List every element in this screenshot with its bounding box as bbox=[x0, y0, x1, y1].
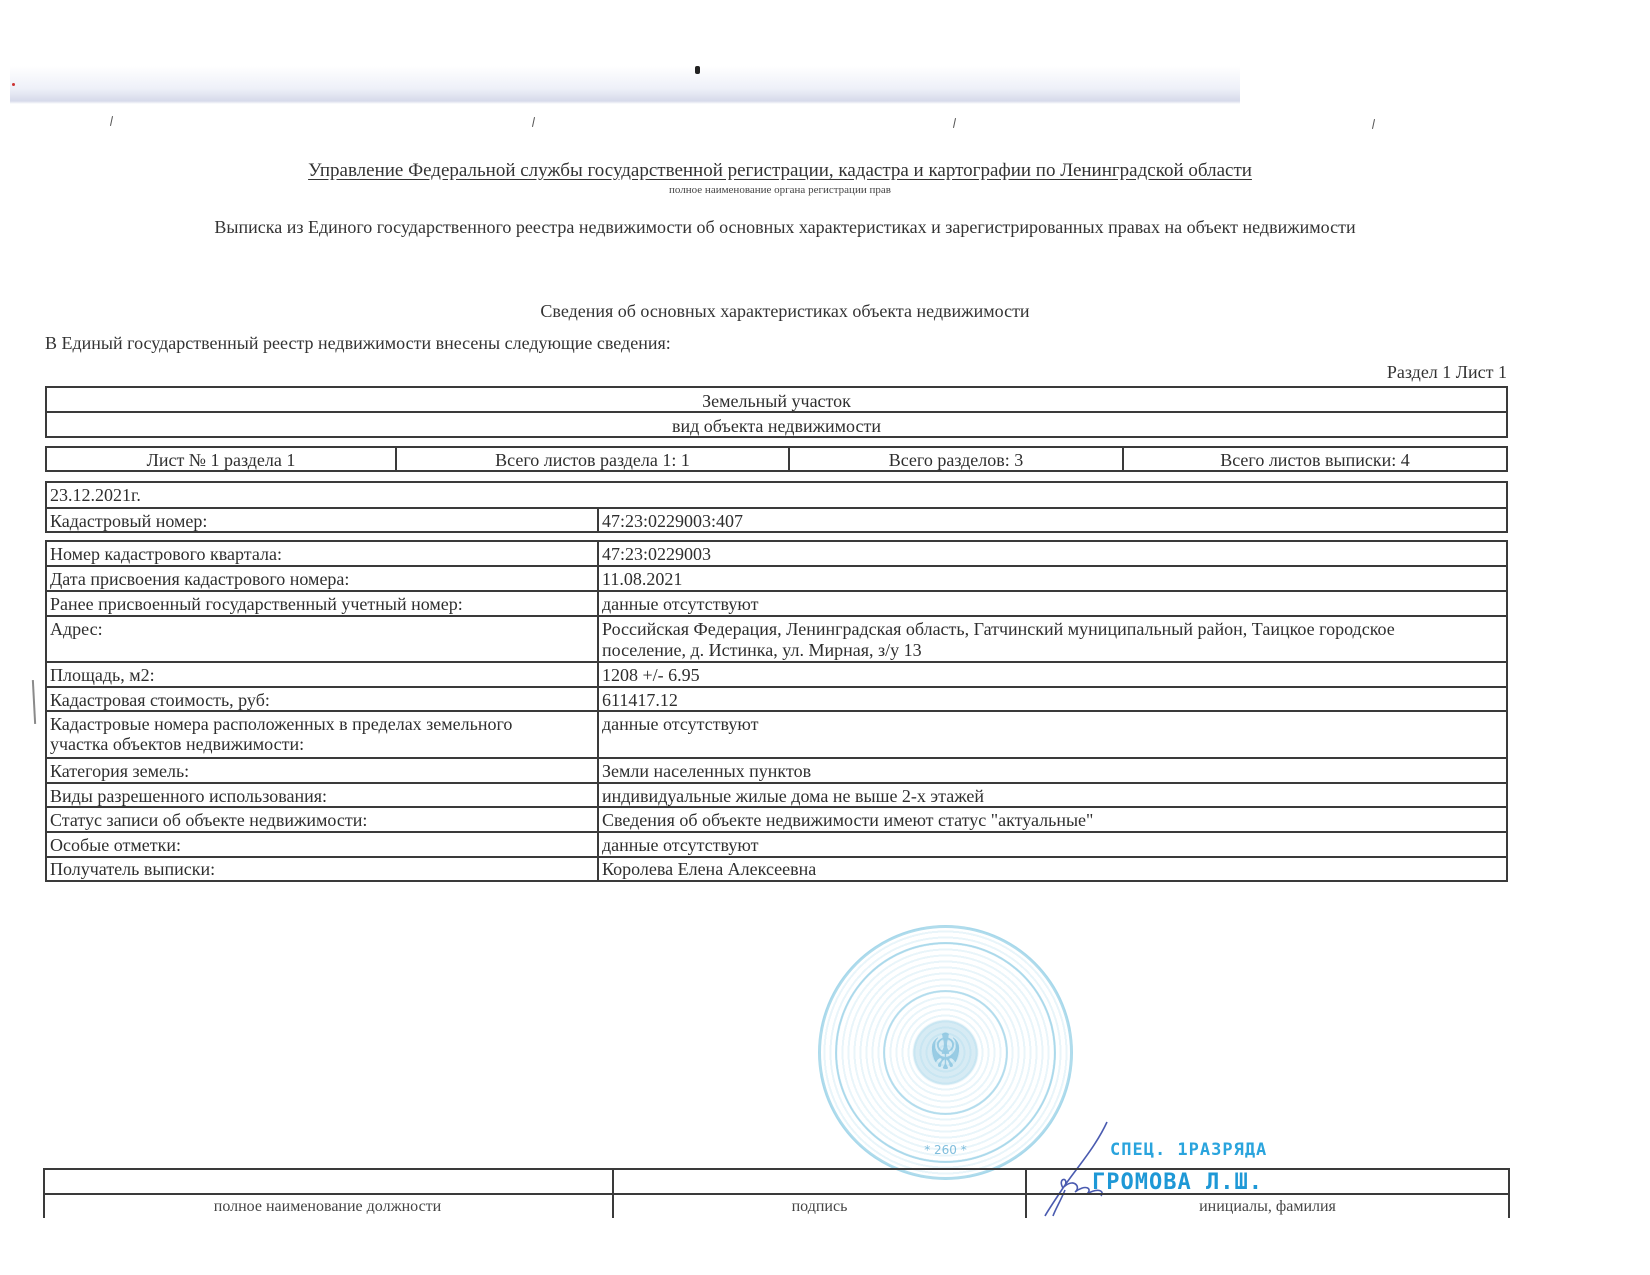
row-label-previous-number: Ранее присвоенный государственный учетны… bbox=[47, 593, 597, 616]
section-sheets-total: Всего листов раздела 1: 1 bbox=[397, 449, 788, 472]
divider bbox=[47, 411, 1506, 413]
row-divider bbox=[47, 831, 1506, 833]
row-label-area: Площадь, м2: bbox=[47, 664, 597, 687]
divider bbox=[1508, 1168, 1510, 1218]
intro-text: В Единый государственный реестр недвижим… bbox=[45, 333, 671, 354]
row-value-nested-objects: данные отсутствуют bbox=[599, 713, 1504, 736]
scan-artifact-band bbox=[10, 66, 1240, 104]
row-divider bbox=[47, 782, 1506, 784]
divider bbox=[47, 507, 1506, 509]
sheet-reference: Раздел 1 Лист 1 bbox=[1387, 362, 1507, 383]
scan-artifact-dot bbox=[695, 66, 700, 74]
extract-date: 23.12.2021г. bbox=[47, 484, 1506, 507]
row-label-special-notes: Особые отметки: bbox=[47, 834, 597, 857]
row-value-special-notes: данные отсутствуют bbox=[599, 834, 1504, 857]
row-label-permitted-use: Виды разрешенного использования: bbox=[47, 785, 597, 808]
signature-table-mid-border bbox=[43, 1193, 1510, 1195]
row-divider bbox=[47, 661, 1506, 663]
row-value-cadastral-quarter: 47:23:0229003 bbox=[599, 543, 1504, 566]
row-value-recipient: Королева Елена Алексеевна bbox=[599, 858, 1504, 881]
row-divider bbox=[47, 590, 1506, 592]
sheet-number: Лист № 1 раздела 1 bbox=[47, 449, 395, 472]
row-label-land-category: Категория земель: bbox=[47, 760, 597, 783]
scan-artifact-tick bbox=[1372, 119, 1375, 129]
name-caption: инициалы, фамилия bbox=[1027, 1197, 1508, 1217]
row-value-assignment-date: 11.08.2021 bbox=[599, 568, 1504, 591]
object-type-caption: вид объекта недвижимости bbox=[47, 415, 1506, 438]
extract-sheets-total: Всего листов выписки: 4 bbox=[1124, 449, 1506, 472]
row-value-record-status: Сведения об объекте недвижимости имеют с… bbox=[599, 809, 1504, 832]
registration-authority-caption: полное наименование органа регистрации п… bbox=[0, 184, 1560, 196]
row-label-cadastral-value: Кадастровая стоимость, руб: bbox=[47, 689, 597, 712]
scan-artifact-tick bbox=[532, 117, 535, 127]
row-divider bbox=[47, 757, 1506, 759]
row-label-cadastral-quarter: Номер кадастрового квартала: bbox=[47, 543, 597, 566]
seal-number: * 260 * bbox=[821, 1143, 1070, 1157]
page-bottom-margin bbox=[0, 1218, 1650, 1275]
sheet-info-table: Лист № 1 раздела 1 Всего листов раздела … bbox=[45, 446, 1508, 472]
characteristics-table: Номер кадастрового квартала: 47:23:02290… bbox=[45, 540, 1508, 882]
object-type: Земельный участок bbox=[47, 390, 1506, 413]
cadastral-number-value: 47:23:0229003:407 bbox=[599, 510, 1499, 533]
scan-artifact-red-dot bbox=[12, 83, 15, 86]
row-value-previous-number: данные отсутствуют bbox=[599, 593, 1504, 616]
row-label-record-status: Статус записи об объекте недвижимости: bbox=[47, 809, 597, 832]
date-cadastral-table: 23.12.2021г. Кадастровый номер: 47:23:02… bbox=[45, 481, 1508, 533]
row-divider bbox=[47, 615, 1506, 617]
row-divider bbox=[47, 686, 1506, 688]
rank-stamp: СПЕЦ. 1РАЗРЯДА bbox=[1110, 1140, 1267, 1160]
row-value-address-line1: Российская Федерация, Ленинградская обла… bbox=[599, 618, 1504, 641]
row-label-address: Адрес: bbox=[47, 618, 597, 641]
row-value-land-category: Земли населенных пунктов bbox=[599, 760, 1504, 783]
row-divider bbox=[47, 710, 1506, 712]
row-label-recipient: Получатель выписки: bbox=[47, 858, 597, 881]
row-value-area: 1208 +/- 6.95 bbox=[599, 664, 1504, 687]
cadastral-number-label: Кадастровый номер: bbox=[47, 510, 597, 533]
row-value-cadastral-value: 611417.12 bbox=[599, 689, 1504, 712]
sections-total: Всего разделов: 3 bbox=[790, 449, 1122, 472]
row-label-nested-objects-line2: участка объектов недвижимости: bbox=[47, 733, 597, 756]
scan-artifact-tick bbox=[953, 118, 956, 128]
row-value-permitted-use: индивидуальные жилые дома не выше 2-х эт… bbox=[599, 785, 1504, 808]
position-caption: полное наименование должности bbox=[43, 1197, 612, 1217]
signature-table-top-border bbox=[43, 1168, 1510, 1170]
extract-title: Выписка из Единого государственного реес… bbox=[0, 217, 1570, 238]
margin-pencil-mark bbox=[32, 680, 36, 724]
section-title: Сведения об основных характеристиках объ… bbox=[0, 301, 1570, 322]
registration-authority-name: Управление Федеральной службы государств… bbox=[0, 160, 1560, 182]
row-divider bbox=[47, 565, 1506, 567]
row-divider bbox=[47, 806, 1506, 808]
object-type-table: Земельный участок вид объекта недвижимос… bbox=[45, 386, 1508, 438]
name-stamp: ГРОМОВА Л.Ш. bbox=[1092, 1170, 1263, 1195]
signature-table: полное наименование должности подпись ин… bbox=[43, 1168, 1510, 1218]
double-headed-eagle-icon: ☬ bbox=[821, 1023, 1070, 1081]
row-label-assignment-date: Дата присвоения кадастрового номера: bbox=[47, 568, 597, 591]
row-value-address-line2: поселение, д. Истинка, ул. Мирная, з/у 1… bbox=[599, 639, 1504, 662]
signature-caption: подпись bbox=[614, 1197, 1025, 1217]
scan-artifact-tick bbox=[110, 116, 113, 126]
